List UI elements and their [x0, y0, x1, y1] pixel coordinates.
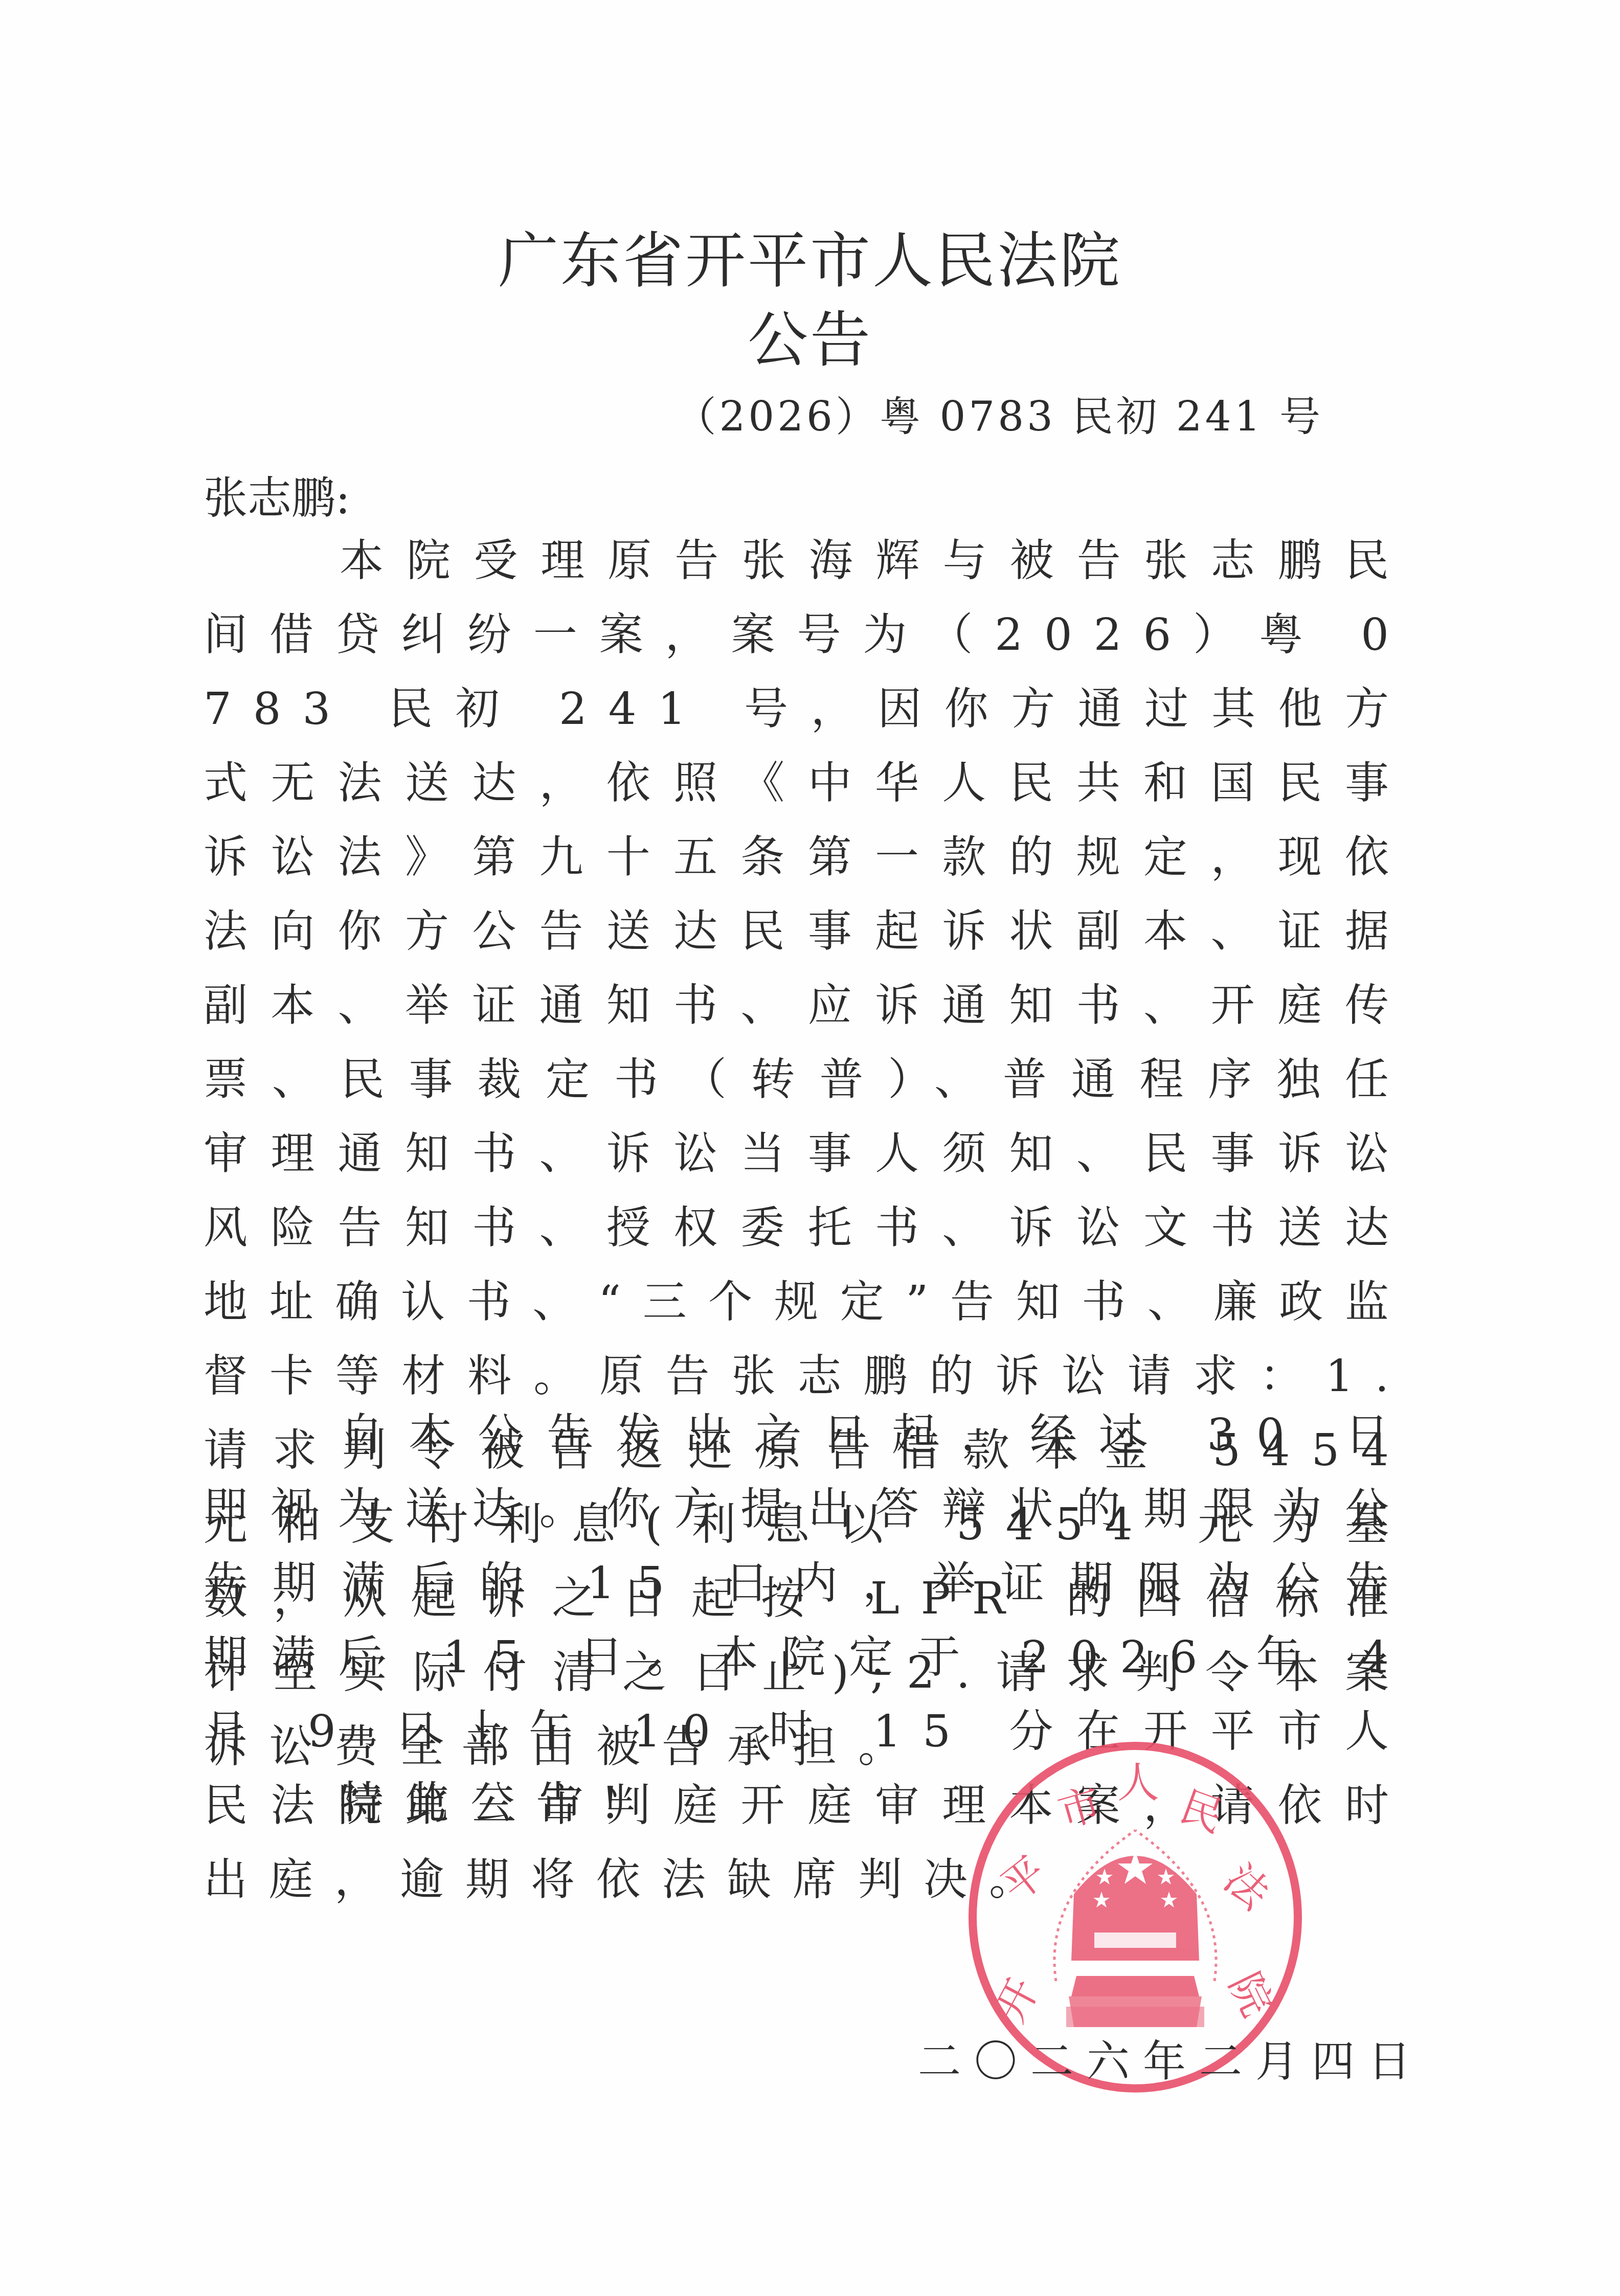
- document-page: 广东省开平市人民法院 公告 （2026）粤 0783 民初 241 号 张志鹏:…: [0, 0, 1620, 2296]
- svg-text:院: 院: [1220, 1965, 1281, 2024]
- document-type-heading: 公告: [0, 291, 1620, 378]
- court-name-heading: 广东省开平市人民法院: [0, 212, 1620, 299]
- case-number: （2026）粤 0783 民初 241 号: [675, 383, 1323, 442]
- svg-text:开: 开: [986, 1970, 1048, 2030]
- paragraph-closing: 特此公告!: [204, 1766, 1410, 1840]
- issue-date: 二〇二六年二月四日: [918, 2027, 1424, 2089]
- addressee: 张志鹏:: [204, 463, 350, 526]
